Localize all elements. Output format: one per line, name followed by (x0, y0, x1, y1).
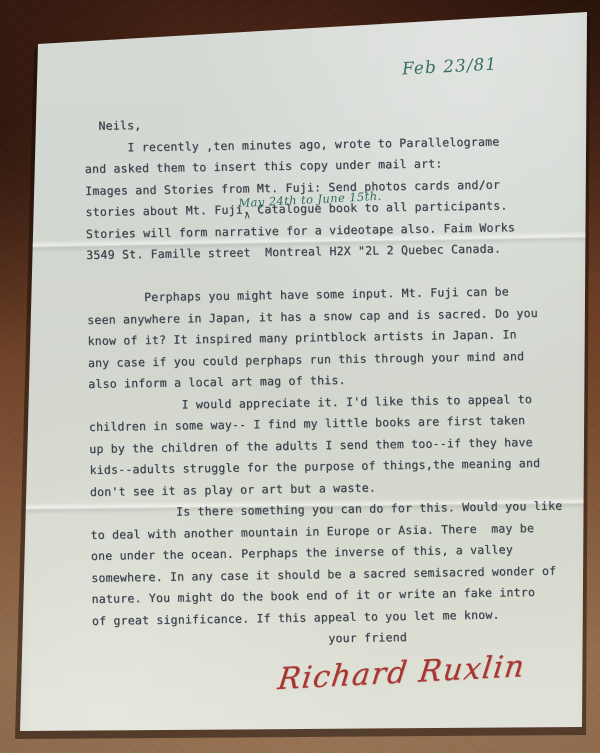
signature: Richard Ruxlin (276, 649, 528, 697)
typed-text: Neils, I recently ,ten minutes ago, wrot… (84, 109, 562, 654)
insertion-caret-mark: ∧ (244, 211, 251, 221)
letter-body: Neils, I recently ,ten minutes ago, wrot… (84, 109, 562, 654)
letter-paper: Feb 23/81 Neils, I recently ,ten minutes… (0, 0, 600, 753)
handwritten-date: Feb 23/81 (402, 55, 498, 80)
